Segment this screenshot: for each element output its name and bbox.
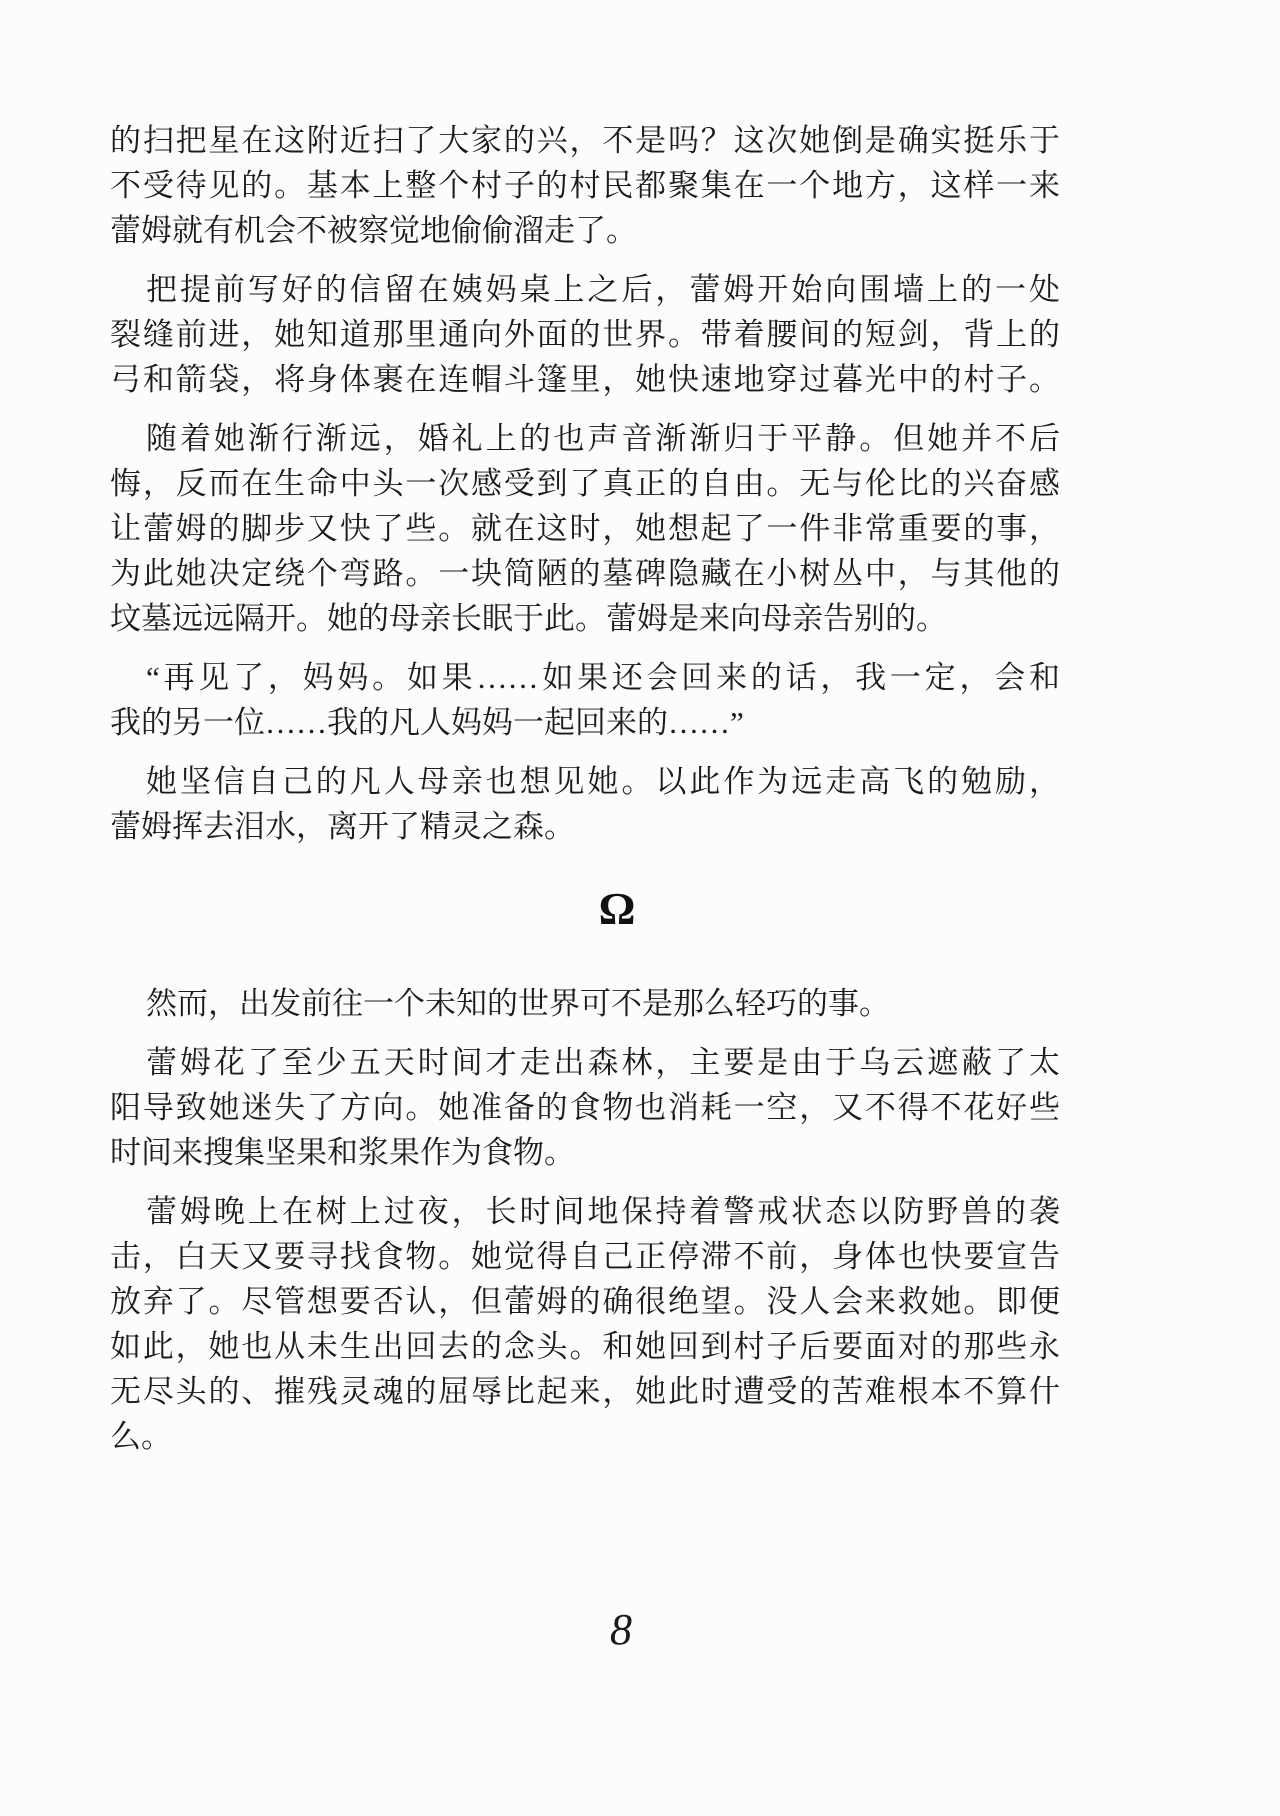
text-line: 的扫把星在这附近扫了大家的兴，不是吗？这次她倒是确实挺乐于: [110, 118, 1060, 163]
text-line: 放弃了。尽管想要否认，但蕾姆的确很绝望。没人会来救她。即便: [110, 1279, 1060, 1324]
paragraph: 蕾姆花了至少五天时间才走出森林，主要是由于乌云遮蔽了太 阳导致她迷失了方向。她准…: [110, 1040, 1060, 1175]
text-line: 把提前写好的信留在姨妈桌上之后，蕾姆开始向围墙上的一处: [110, 267, 1060, 312]
paragraph: 然而，出发前往一个未知的世界可不是那么轻巧的事。: [110, 981, 1060, 1026]
text-line: 裂缝前进，她知道那里通向外面的世界。带着腰间的短剑，背上的: [110, 312, 1060, 357]
text-line: 无尽头的、摧残灵魂的屈辱比起来，她此时遭受的苦难根本不算什: [110, 1369, 1060, 1414]
book-page: 的扫把星在这附近扫了大家的兴，不是吗？这次她倒是确实挺乐于 不受待见的。基本上整…: [0, 0, 1280, 1816]
text-column: 然而，出发前往一个未知的世界可不是那么轻巧的事。 蕾姆花了至少五天时间才走出森林…: [110, 981, 1060, 1459]
text-line: 坟墓远远隔开。她的母亲长眠于此。蕾姆是来向母亲告别的。: [110, 596, 1060, 641]
text-line: 让蕾姆的脚步又快了些。就在这时，她想起了一件非常重要的事，: [110, 506, 1060, 551]
text-line: 阳导致她迷失了方向。她准备的食物也消耗一空，又不得不花好些: [110, 1085, 1060, 1130]
text-line: 为此她决定绕个弯路。一块简陋的墓碑隐藏在小树丛中，与其他的: [110, 551, 1060, 596]
text-line: 蕾姆挥去泪水，离开了精灵之森。: [110, 804, 1060, 849]
page-number: 8: [110, 1604, 1096, 1656]
text-line: 蕾姆晚上在树上过夜，长时间地保持着警戒状态以防野兽的袭: [110, 1189, 1060, 1234]
paragraph: 蕾姆晚上在树上过夜，长时间地保持着警戒状态以防野兽的袭 击，白天又要寻找食物。她…: [110, 1189, 1060, 1459]
text-line: 么。: [110, 1414, 1060, 1459]
paragraph-dialogue: “再见了，妈妈。如果……如果还会回来的话，我一定，会和 我的另一位……我的凡人妈…: [110, 655, 1060, 745]
text-line: 她坚信自己的凡人母亲也想见她。以此作为远走高飞的勉励，: [110, 759, 1060, 804]
text-line: 随着她渐行渐远，婚礼上的也声音渐渐归于平静。但她并不后: [110, 416, 1060, 461]
text-line: 然而，出发前往一个未知的世界可不是那么轻巧的事。: [110, 981, 1060, 1026]
text-line: 弓和箭袋，将身体裹在连帽斗篷里，她快速地穿过暮光中的村子。: [110, 357, 1060, 402]
text-line: 蕾姆就有机会不被察觉地偷偷溜走了。: [110, 208, 1060, 253]
paragraph: 她坚信自己的凡人母亲也想见她。以此作为远走高飞的勉励， 蕾姆挥去泪水，离开了精灵…: [110, 759, 1060, 849]
paragraph: 的扫把星在这附近扫了大家的兴，不是吗？这次她倒是确实挺乐于 不受待见的。基本上整…: [110, 118, 1060, 253]
text-line: “再见了，妈妈。如果……如果还会回来的话，我一定，会和: [110, 655, 1060, 700]
paragraph: 随着她渐行渐远，婚礼上的也声音渐渐归于平静。但她并不后 悔，反而在生命中头一次感…: [110, 416, 1060, 641]
text-line: 时间来搜集坚果和浆果作为食物。: [110, 1130, 1060, 1175]
text-line: 击，白天又要寻找食物。她觉得自己正停滞不前，身体也快要宣告: [110, 1234, 1060, 1279]
section-divider-omega: Ω: [110, 879, 1092, 939]
paragraph: 把提前写好的信留在姨妈桌上之后，蕾姆开始向围墙上的一处 裂缝前进，她知道那里通向…: [110, 267, 1060, 402]
text-line: 蕾姆花了至少五天时间才走出森林，主要是由于乌云遮蔽了太: [110, 1040, 1060, 1085]
text-line: 悔，反而在生命中头一次感受到了真正的自由。无与伦比的兴奋感: [110, 461, 1060, 506]
text-line: 我的另一位……我的凡人妈妈一起回来的……”: [110, 700, 1060, 745]
text-line: 不受待见的。基本上整个村子的村民都聚集在一个地方，这样一来: [110, 163, 1060, 208]
text-column: 的扫把星在这附近扫了大家的兴，不是吗？这次她倒是确实挺乐于 不受待见的。基本上整…: [110, 118, 1060, 849]
text-line: 如此，她也从未生出回去的念头。和她回到村子后要面对的那些永: [110, 1324, 1060, 1369]
